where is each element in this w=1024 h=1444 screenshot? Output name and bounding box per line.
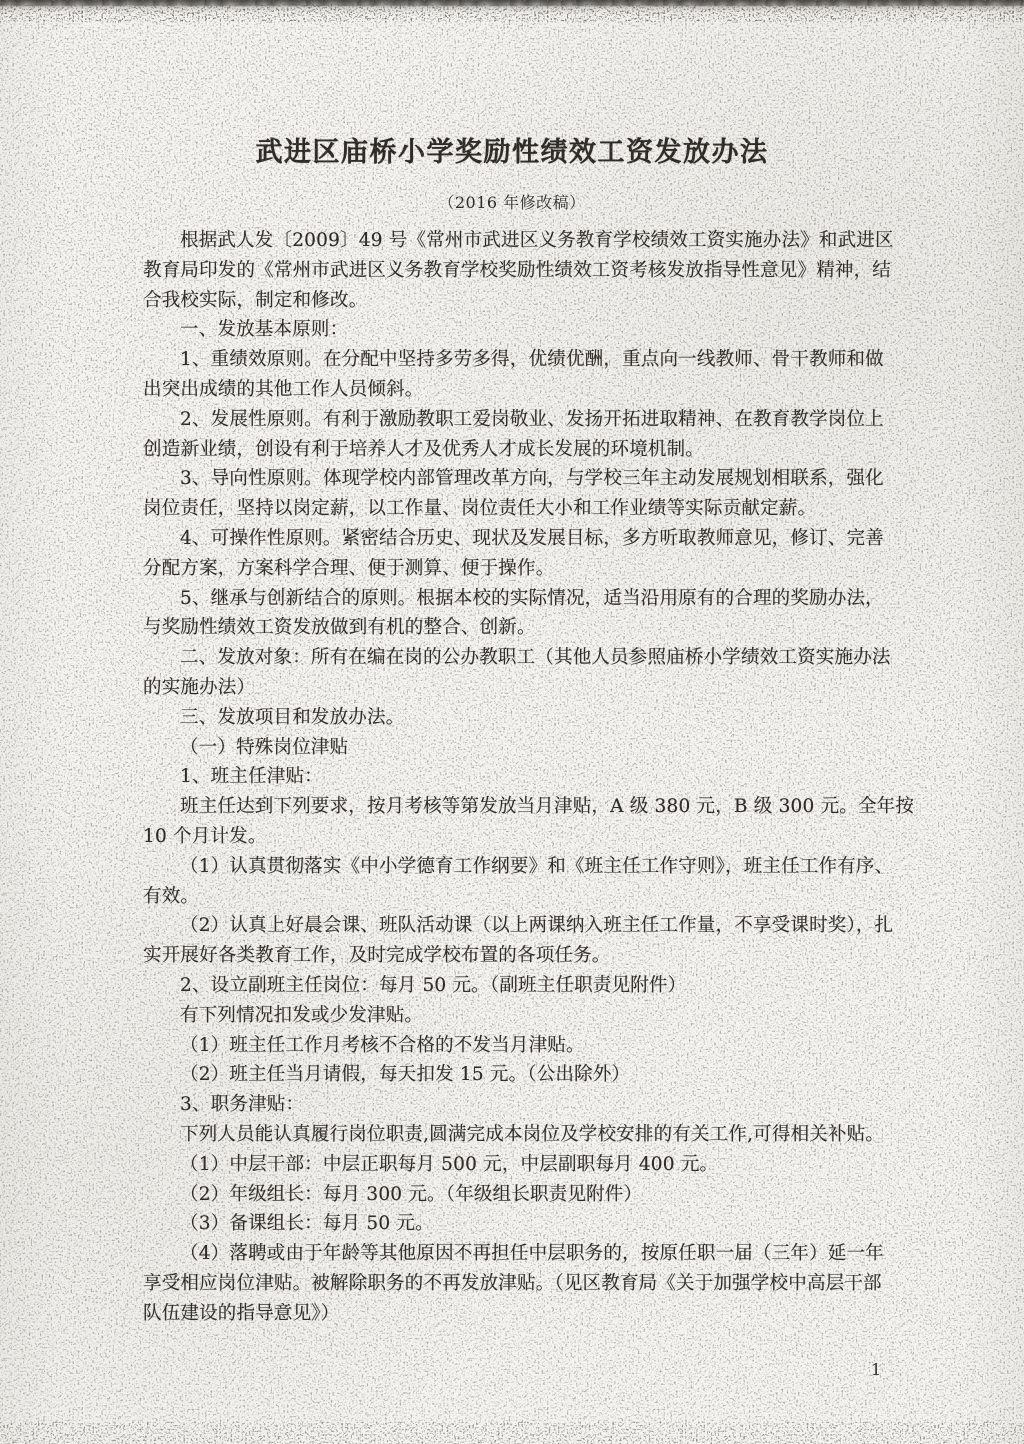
text-line: 2、发展性原则。有利于激励教职工爱岗敬业、发扬开拓进取精神、在教育教学岗位上 <box>143 405 923 435</box>
text-line: 享受相应岗位津贴。被解除职务的不再发放津贴。（见区教育局《关于加强学校中高层干部 <box>143 1269 923 1299</box>
document-title: 武进区庙桥小学奖励性绩效工资发放办法 <box>0 130 1024 169</box>
text-line: 的实施办法） <box>143 673 923 703</box>
document-subtitle: （2016 年修改稿） <box>0 190 1024 213</box>
text-line: 下列人员能认真履行岗位职责,圆满完成本岗位及学校安排的有关工作,可得相关补贴。 <box>143 1120 923 1150</box>
document-body: 根据武人发〔2009〕49 号《常州市武进区义务教育学校绩效工资实施办法》和武进… <box>143 226 923 1328</box>
text-line: （2）年级组长：每月 300 元。（年级组长职责见附件） <box>143 1180 923 1210</box>
text-line: 1、班主任津贴： <box>143 762 923 792</box>
text-line: 分配方案，方案科学合理、便于测算、便于操作。 <box>143 554 923 584</box>
text-line: （3）备课组长：每月 50 元。 <box>143 1209 923 1239</box>
text-line: （1）班主任工作月考核不合格的不发当月津贴。 <box>143 1031 923 1061</box>
text-line: （4）落聘或由于年龄等其他原因不再担任中层职务的，按原任职一届（三年）延一年 <box>143 1239 923 1269</box>
text-line: 有下列情况扣发或少发津贴。 <box>143 1001 923 1031</box>
text-line: （1）认真贯彻落实《中小学德育工作纲要》和《班主任工作守则》，班主任工作有序、 <box>143 852 923 882</box>
scan-top-edge-grit <box>0 0 1024 6</box>
text-line: 队伍建设的指导意见》） <box>143 1299 923 1329</box>
text-line: 合我校实际，制定和修改。 <box>143 286 923 316</box>
text-line: 根据武人发〔2009〕49 号《常州市武进区义务教育学校绩效工资实施办法》和武进… <box>143 226 923 256</box>
text-line: 3、导向性原则。体现学校内部管理改革方向，与学校三年主动发展规划相联系，强化 <box>143 464 923 494</box>
text-line: 班主任达到下列要求，按月考核等第发放当月津贴，A 级 380 元，B 级 300… <box>143 792 923 822</box>
text-line: 2、设立副班主任岗位：每月 50 元。（副班主任职责见附件） <box>143 971 923 1001</box>
text-line: （1）中层干部：中层正职每月 500 元，中层副职每月 400 元。 <box>143 1150 923 1180</box>
text-line: 实开展好各类教育工作，及时完成学校布置的各项任务。 <box>143 941 923 971</box>
text-line: 二、发放对象：所有在编在岗的公办教职工（其他人员参照庙桥小学绩效工资实施办法 <box>143 643 923 673</box>
text-line: 3、职务津贴： <box>143 1090 923 1120</box>
text-line: 5、继承与创新结合的原则。根据本校的实际情况，适当沿用原有的合理的奖励办法， <box>143 584 923 614</box>
text-line: 教育局印发的《常州市武进区义务教育学校奖励性绩效工资考核发放指导性意见》精神，结 <box>143 256 923 286</box>
text-line: 一、发放基本原则： <box>143 315 923 345</box>
text-line: （2）班主任当月请假，每天扣发 15 元。（公出除外） <box>143 1060 923 1090</box>
scanned-document-page: 武进区庙桥小学奖励性绩效工资发放办法 （2016 年修改稿） 根据武人发〔200… <box>0 0 1024 1444</box>
text-line: 创造新业绩，创设有利于培养人才及优秀人才成长发展的环境机制。 <box>143 435 923 465</box>
text-line: （一）特殊岗位津贴 <box>143 733 923 763</box>
text-line: 4、可操作性原则。紧密结合历史、现状及发展目标，多方听取教师意见，修订、完善 <box>143 524 923 554</box>
text-line: 出突出成绩的其他工作人员倾斜。 <box>143 375 923 405</box>
text-line: 1、重绩效原则。在分配中坚持多劳多得，优绩优酬，重点向一线教师、骨干教师和做 <box>143 345 923 375</box>
text-line: 三、发放项目和发放办法。 <box>143 703 923 733</box>
text-line: 岗位责任，坚持以岗定薪，以工作量、岗位责任大小和工作业绩等实际贡献定薪。 <box>143 494 923 524</box>
page-number: 1 <box>871 1360 881 1379</box>
text-line: 有效。 <box>143 882 923 912</box>
text-line: （2）认真上好晨会课、班队活动课（以上两课纳入班主任工作量，不享受课时奖），扎 <box>143 911 923 941</box>
text-line: 与奖励性绩效工资发放做到有机的整合、创新。 <box>143 613 923 643</box>
text-line: 10 个月计发。 <box>143 822 923 852</box>
